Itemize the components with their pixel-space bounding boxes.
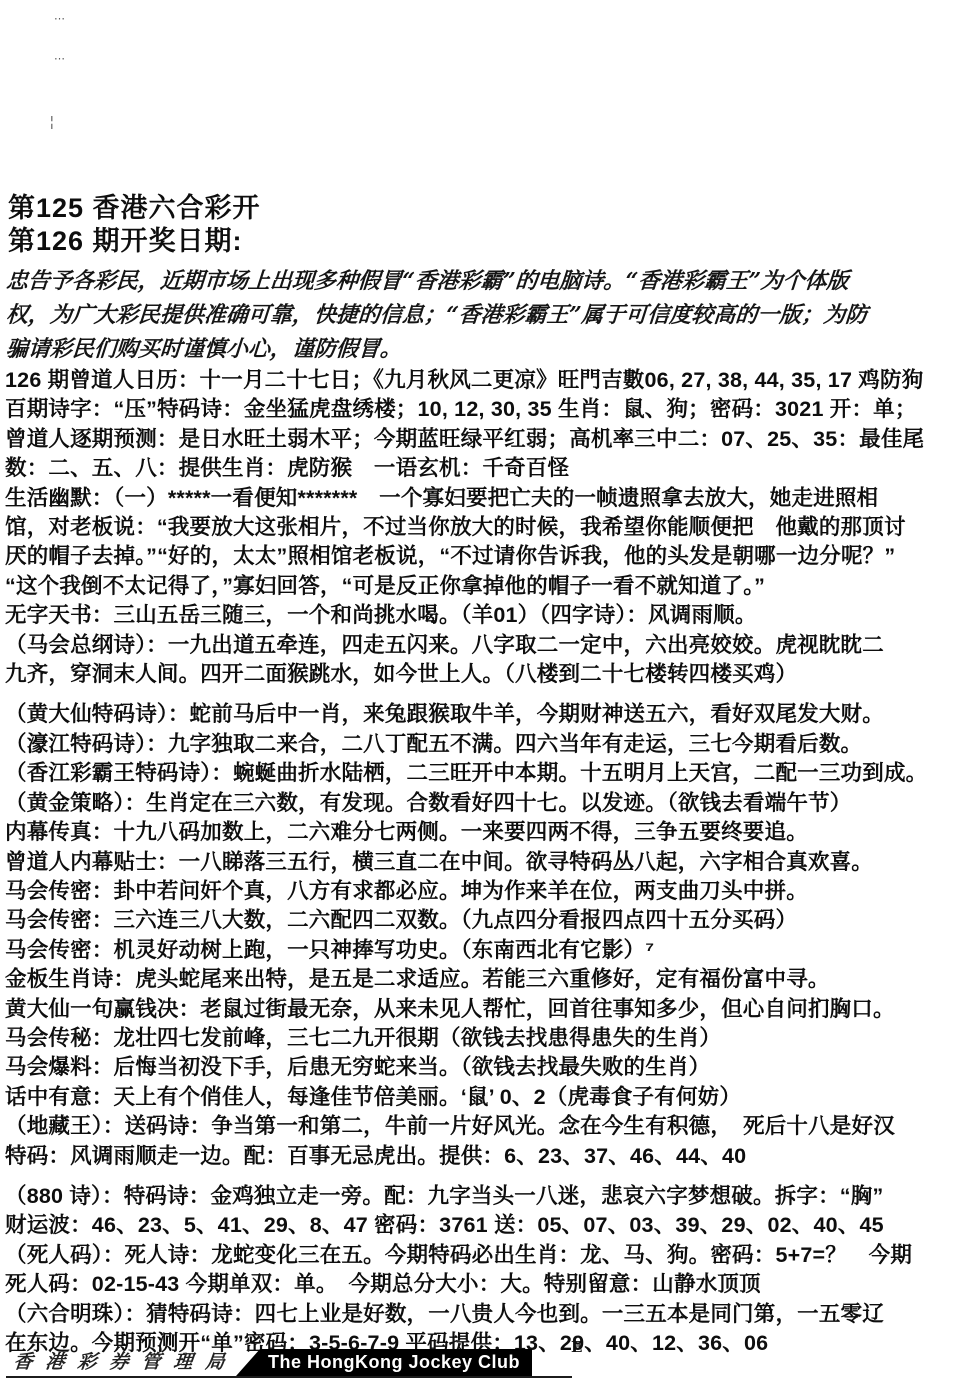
body-line: 九齐，穿洞末人间。四开二面猴跳水，如今世上人。（八楼到二十七楼转四楼买鸡） <box>5 660 973 689</box>
header-titles: 第125 香港六合彩开 第126 期开奖日期: <box>8 192 261 258</box>
scan-artifact: E <box>571 1338 582 1356</box>
body-line: 马会爆料：后悔当初没下手，后患无穷蛇来当。（欲钱去找最失败的生肖） <box>5 1053 973 1082</box>
scan-artifact: ¦ <box>50 113 55 129</box>
body-line: 特码：风调雨顺走一边。配：百事无忌虎出。提供：6、23、37、46、44、40 <box>5 1142 973 1171</box>
body-line: 无字天书：三山五岳三随三，一个和尚挑水喝。（羊01）（四字诗）：风调雨顺。 <box>5 601 973 630</box>
tips-body: 126 期曾道人日历：十一月二十七日；《九月秋风二更凉》旺門吉數06, 27, … <box>5 366 973 1358</box>
jockey-club-banner: The HongKong Jockey Club <box>236 1349 532 1376</box>
body-line: （黄大仙特码诗）：蛇前马后中一肖，来兔跟猴取牛羊，今期财神送五六，看好双尾发大财… <box>5 700 973 729</box>
body-line: （黄金策略）：生肖定在三六数，有发现。合数看好四十七。以发迹。（欲钱去看端午节） <box>5 789 973 818</box>
body-line: 百期诗字：“压”特码诗：金坐猛虎盘绣楼；10, 12, 30, 35 生肖：鼠、… <box>5 395 973 424</box>
body-line: 曾道人内幕贴士：一八睇落三五行，横三直二在中间。欲寻特码丛八起，六字相合真欢喜。 <box>5 848 973 877</box>
anti-counterfeit-notice: 忠告予各彩民，近期市场上出现多种假冒“香港彩霸”的电脑诗。“香港彩霸王”为个体版… <box>6 264 971 366</box>
body-line: 数：二、五、八：提供生肖：虎防猴 一语玄机：千奇百怪 <box>5 454 973 483</box>
notice-line: 权，为广大彩民提供准确可靠，快捷的信息；“香港彩霸王”属于可信度较高的一版；为防 <box>5 298 972 332</box>
body-line: 曾道人逐期预测：是日水旺土弱木平；今期蓝旺绿平红弱；高机率三中二：07、25、3… <box>5 425 973 454</box>
notice-line: 骗请彩民们购买时谨慎小心，谨防假冒。 <box>5 332 972 366</box>
body-line: 生活幽默：（一）*****一看便知******* 一个寡妇要把亡夫的一帧遗照拿去… <box>5 484 973 513</box>
body-line: 内幕传真：十九八码加数上，二六难分七两侧。一来要四两不得，三争五要终要追。 <box>5 818 973 847</box>
body-line: 厌的帽子去掉。”“好的，太太”照相馆老板说，“不过请你告诉我，他的头发是朝哪一边… <box>5 542 973 571</box>
body-line: 马会传密：机灵好动树上跑，一只神捧写功史。（东南西北有它影）⁷ <box>5 936 973 965</box>
draw-result-title: 第125 香港六合彩开 <box>8 192 261 225</box>
next-draw-date-title: 第126 期开奖日期: <box>8 225 261 258</box>
body-line: “这个我倒不太记得了，”寡妇回答，“可是反正你拿掉他的帽子一看不就知道了。” <box>5 572 973 601</box>
body-line: 马会传密：三六连三八大数，二六配四二双数。（九点四分看报四点四十五分买码） <box>5 906 973 935</box>
body-line: （880 诗）：特码诗：金鸡独立走一旁。配：九字当头一八迷，悲哀六字梦想破。拆字… <box>5 1182 973 1211</box>
body-line: 马会传密：卦中若问奸个真，八方有求都必应。坤为作来羊在位，两支曲刀头中拼。 <box>5 877 973 906</box>
scan-artifact: ⋯ <box>54 12 66 25</box>
scan-artifact: ⋯ <box>54 52 66 65</box>
body-line: （香江彩霸王特码诗）：蜿蜒曲折水陆栖，二三旺开中本期。十五明月上天宫，二配一三功… <box>5 759 973 788</box>
body-line: 金板生肖诗：虎头蛇尾来出特，是五是二求适应。若能三六重修好，定有福份富中寻。 <box>5 965 973 994</box>
body-line: 黄大仙一句赢钱决：老鼠过街最无奈，从来未见人帮忙，回首往事知多少，但心自问扪胸口… <box>5 995 973 1024</box>
body-line: 馆，对老板说：“我要放大这张相片，不过当你放大的时候，我希望你能顺便把 他戴的那… <box>5 513 973 542</box>
notice-line: 忠告予各彩民，近期市场上出现多种假冒“香港彩霸”的电脑诗。“香港彩霸王”为个体版 <box>5 264 972 298</box>
body-line: （马会总纲诗）：一九出道五牵连，四走五闪来。八字取二一定中，六出亮姣姣。虎视眈眈… <box>5 631 973 660</box>
scanned-lottery-sheet: ⋯ ⋯ ¦ 第125 香港六合彩开 第126 期开奖日期: 忠告予各彩民，近期市… <box>0 0 973 1388</box>
body-line: 话中有意：天上有个俏佳人，每逢佳节倍美丽。‘鼠’ 0、2（虎毒食子有何妨） <box>5 1083 973 1112</box>
body-line: 死人码：02-15-43 今期单双：单。 今期总分大小：大。特别留意：山静水顶顶 <box>5 1270 973 1299</box>
body-line: 财运波：46、23、5、41、29、8、47 密码：3761 送：05、07、0… <box>5 1211 973 1240</box>
body-line: （地藏王）：送码诗：争当第一和第二，牛前一片好风光。念在今生有积德， 死后十八是… <box>5 1112 973 1141</box>
body-line: （濠江特码诗）：九字独取二来合，二八丁配五不满。四六当年有走运，三七今期看后数。 <box>5 730 973 759</box>
body-line: 126 期曾道人日历：十一月二十七日；《九月秋风二更凉》旺門吉數06, 27, … <box>5 366 973 395</box>
body-line: （死人码）：死人诗：龙蛇变化三在五。今期特码必出生肖：龙、马、狗。密码：5+7=… <box>5 1241 973 1270</box>
issuer-script-text: 香港彩券管理局 <box>6 1347 239 1376</box>
body-line: （六合明珠）：猜特码诗：四七上业是好数，一八贵人今也到。一三五本是同门第，一五零… <box>5 1300 973 1329</box>
footer: 香港彩券管理局 The HongKong Jockey Club <box>6 1347 572 1378</box>
body-line: 马会传秘：龙壮四七发前峰，三七二九开很期（欲钱去找患得患失的生肖） <box>5 1024 973 1053</box>
